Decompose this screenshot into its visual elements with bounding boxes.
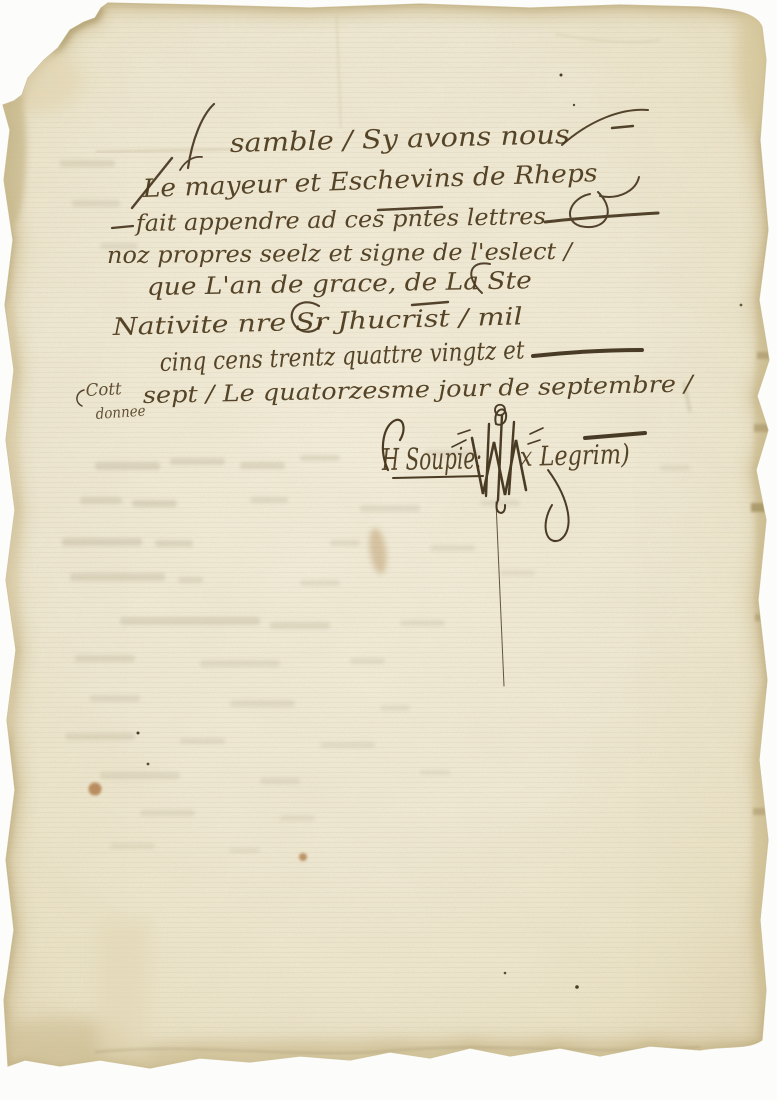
- manuscript-scan: samble / Sy avons nous Le mayeur et Esch…: [0, 0, 777, 1100]
- signature-name: H Soupie:: [381, 441, 482, 478]
- signature-suffix: x Legrim): [519, 439, 630, 473]
- margin-note-line: donnee: [95, 402, 146, 423]
- manuscript-page: samble / Sy avons nous Le mayeur et Esch…: [0, 0, 777, 1100]
- manuscript-line: noz propres seelz et signe de l'eslect /: [107, 239, 575, 269]
- margin-note-line: Cott: [85, 379, 122, 401]
